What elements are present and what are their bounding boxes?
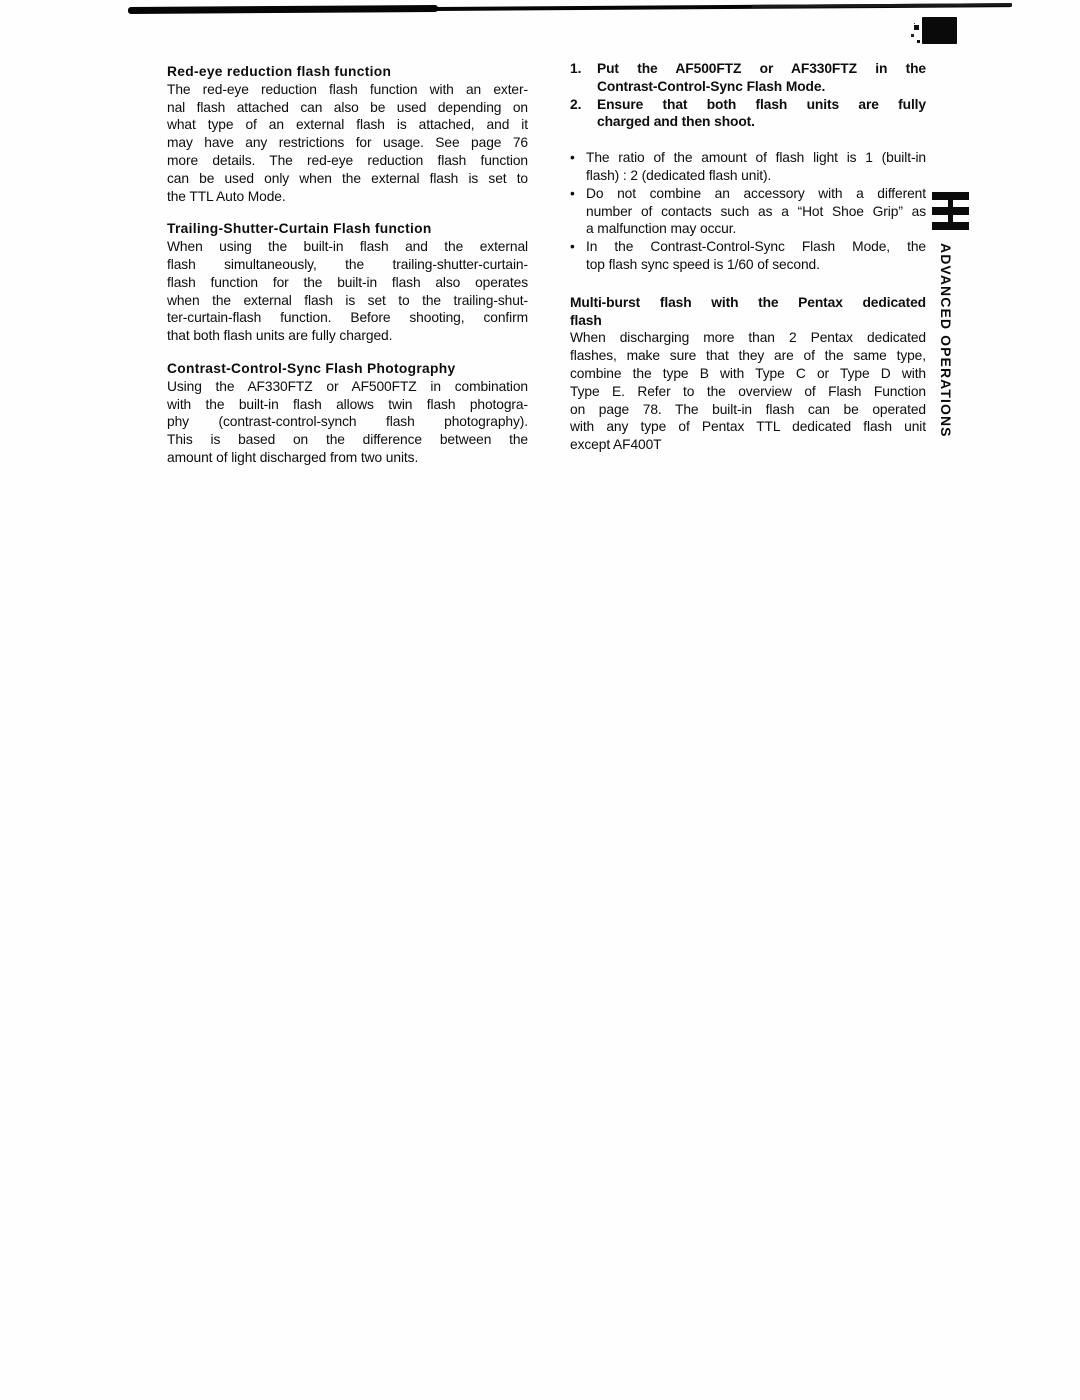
bullet-icon: • bbox=[570, 185, 586, 238]
step-number: 1. bbox=[570, 60, 597, 96]
step-item-2: 2. Ensure that both flash units are full… bbox=[570, 96, 926, 132]
section-heading: Trailing-Shutter-Curtain Flash function bbox=[167, 220, 528, 238]
step-text: Put the AF500FTZ or AF330FTZ in theContr… bbox=[597, 60, 926, 96]
right-column: 1. Put the AF500FTZ or AF330FTZ in theCo… bbox=[570, 60, 926, 454]
bullet-item: • In the Contrast-Control-Sync Flash Mod… bbox=[570, 238, 926, 274]
steps-list: 1. Put the AF500FTZ or AF330FTZ in theCo… bbox=[570, 60, 926, 131]
section-body: Using the AF330FTZ or AF500FTZ in combin… bbox=[167, 378, 528, 467]
sidebar-label: ADVANCED OPERATIONS bbox=[936, 243, 954, 438]
subsection-body: When discharging more than 2 Pentax dedi… bbox=[570, 329, 926, 454]
bullet-item: • Do not combine an accessory with a dif… bbox=[570, 185, 926, 238]
scan-smudge-mark bbox=[922, 17, 957, 44]
step-number: 2. bbox=[570, 96, 597, 132]
manual-page: Red-eye reduction flash function The red… bbox=[0, 0, 1080, 1400]
section-body: When using the built-in flash and the ex… bbox=[167, 238, 528, 345]
section-heading: Red-eye reduction flash function bbox=[167, 63, 528, 81]
section-multi-burst: Multi-burst flash with the Pentax dedica… bbox=[570, 294, 926, 454]
bullet-icon: • bbox=[570, 238, 586, 274]
subsection-heading: Multi-burst flash with the Pentax dedica… bbox=[570, 294, 926, 330]
step-item-1: 1. Put the AF500FTZ or AF330FTZ in theCo… bbox=[570, 60, 926, 96]
mark-bar bbox=[932, 207, 969, 215]
mark-bar bbox=[932, 222, 969, 230]
bullet-list: • The ratio of the amount of flash light… bbox=[570, 149, 926, 274]
sidebar-chapter-tab: ADVANCED OPERATIONS bbox=[929, 192, 973, 438]
section-iii-mark bbox=[932, 192, 969, 230]
bullet-text: The ratio of the amount of flash light i… bbox=[586, 149, 926, 185]
section-body: The red-eye reduction flash function wit… bbox=[167, 81, 528, 206]
page-top-rule bbox=[128, 3, 1012, 13]
step-text: Ensure that both flash units are fullych… bbox=[597, 96, 926, 132]
bullet-item: • The ratio of the amount of flash light… bbox=[570, 149, 926, 185]
left-column: Red-eye reduction flash function The red… bbox=[167, 63, 528, 467]
section-contrast-control-sync: Contrast-Control-Sync Flash Photography … bbox=[167, 360, 528, 467]
section-trailing-shutter: Trailing-Shutter-Curtain Flash function … bbox=[167, 220, 528, 345]
bullet-text: In the Contrast-Control-Sync Flash Mode,… bbox=[586, 238, 926, 274]
section-red-eye: Red-eye reduction flash function The red… bbox=[167, 63, 528, 205]
mark-bar bbox=[932, 192, 969, 200]
bullet-icon: • bbox=[570, 149, 586, 185]
section-heading: Contrast-Control-Sync Flash Photography bbox=[167, 360, 528, 378]
bullet-text: Do not combine an accessory with a diffe… bbox=[586, 185, 926, 238]
